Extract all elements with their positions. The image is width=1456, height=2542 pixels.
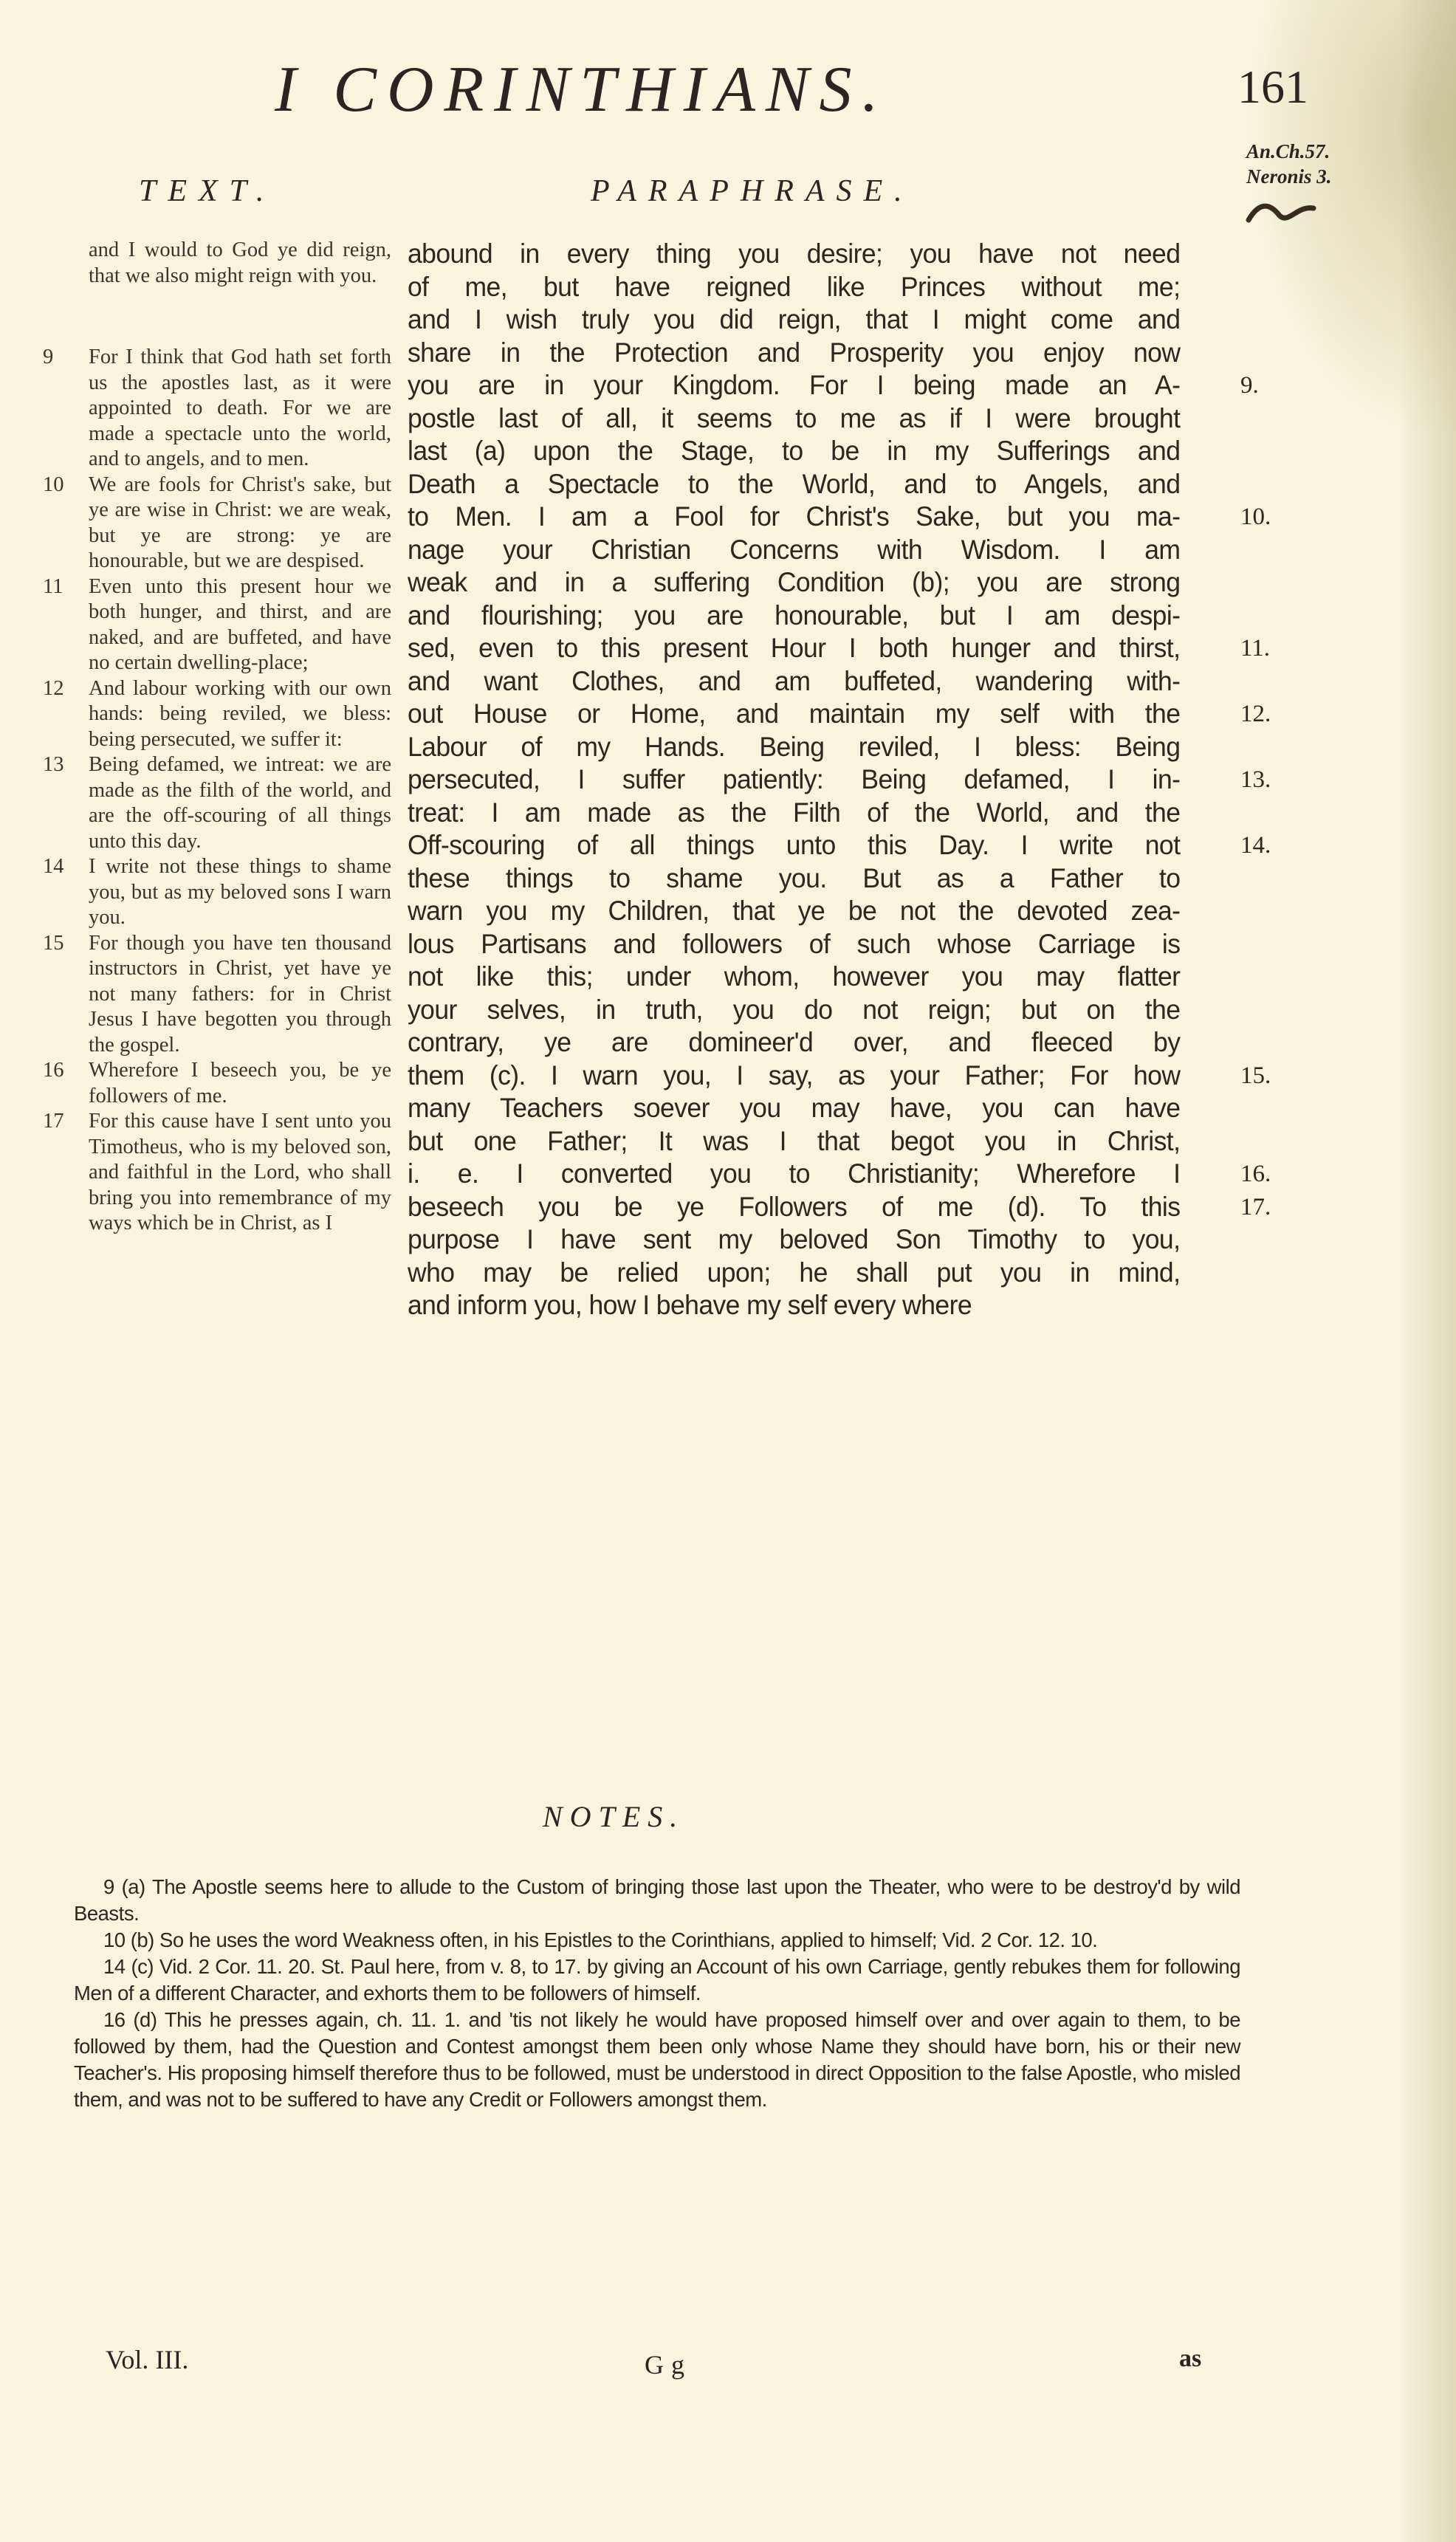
paraphrase-line: but one Father; It was I that begot you … <box>408 1125 1180 1158</box>
verse: 11Even unto this present hour we both hu… <box>66 574 391 676</box>
paraphrase-line: them (c). I warn you, I say, as your Fat… <box>408 1059 1180 1093</box>
margin-verse-number: 16. <box>1240 1158 1271 1191</box>
paraphrase-line: nage your Christian Concerns with Wisdom… <box>408 534 1180 567</box>
paraphrase-line: Off-scouring of all things unto this Day… <box>408 829 1180 862</box>
margin-verse-number: 10. <box>1240 501 1271 534</box>
footnote: 10 (b) So he uses the word Weakness ofte… <box>74 1927 1240 1954</box>
footnote: 14 (c) Vid. 2 Cor. 11. 20. St. Paul here… <box>74 1954 1240 2007</box>
catchword: as <box>1179 2345 1201 2373</box>
date-neronis: Neronis 3. <box>1246 164 1332 189</box>
margin-verse-number: 17. <box>1240 1191 1271 1224</box>
paraphrase-line: and I wish truly you did reign, that I m… <box>408 303 1180 337</box>
footnote-text: The Apostle seems here to allude to the … <box>74 1875 1240 1925</box>
paraphrase-line: lous Partisans and followers of such who… <box>408 928 1180 961</box>
verse: 12And labour working with our own hands:… <box>66 676 391 753</box>
margin-verse-number: 11. <box>1240 632 1270 665</box>
volume-label: Vol. III. <box>106 2344 188 2375</box>
verse-number: 14 <box>43 854 80 880</box>
running-title: I CORINTHIANS. <box>275 58 889 123</box>
verse-number: 15 <box>43 931 80 957</box>
paraphrase-line: and want Clothes, and am buffeted, wande… <box>408 665 1180 698</box>
paraphrase-line: postle last of all, it seems to me as if… <box>408 402 1180 436</box>
paraphrase-line: not like this; under whom, however you m… <box>408 961 1180 994</box>
verse-number: 12 <box>43 676 80 702</box>
footnote-ref: 16 (d) <box>103 2008 157 2031</box>
paraphrase-line: Labour of my Hands. Being reviled, I ble… <box>408 731 1180 764</box>
paraphrase-line: these things to shame you. But as a Fath… <box>408 862 1180 896</box>
notes-heading: NOTES. <box>543 1799 684 1834</box>
paraphrase-line: purpose I have sent my beloved Son Timot… <box>408 1223 1180 1257</box>
paraphrase-line: persecuted, I suffer patiently: Being de… <box>408 763 1180 797</box>
paraphrase-line: Death a Spectacle to the World, and to A… <box>408 468 1180 501</box>
paraphrase-line: many Teachers soever you may have, you c… <box>408 1092 1180 1125</box>
margin-verse-number: 13. <box>1240 763 1271 797</box>
footnote-text: So he uses the word Weakness often, in h… <box>159 1928 1097 1951</box>
date-margin-note: An.Ch.57. Neronis 3. <box>1246 139 1332 189</box>
paraphrase-line: weak and in a suffering Condition (b); y… <box>408 566 1180 600</box>
paraphrase-line: beseech you be ye Followers of me (d). T… <box>408 1191 1180 1224</box>
paraphrase-line: and flourishing; you are honourable, but… <box>408 600 1180 633</box>
footnote-ref: 10 (b) <box>103 1928 154 1951</box>
verse: 9For I think that God hath set forth us … <box>66 345 391 473</box>
verse-number: 17 <box>43 1109 80 1135</box>
notes-section: 9 (a) The Apostle seems here to allude t… <box>74 1874 1240 2113</box>
paraphrase-line: share in the Protection and Prosperity y… <box>408 337 1180 370</box>
verse: 17For this cause have I sent unto you Ti… <box>66 1109 391 1237</box>
paraphrase-line: warn you my Children, that ye be not the… <box>408 895 1180 928</box>
tilde-ornament-icon <box>1244 198 1318 227</box>
paraphrase-line: to Men. I am a Fool for Christ's Sake, b… <box>408 501 1180 534</box>
margin-verse-number: 9. <box>1240 369 1259 402</box>
margin-verse-number: 14. <box>1240 829 1271 862</box>
paraphrase-line: you are in your Kingdom. For I being mad… <box>408 369 1180 402</box>
footnote: 16 (d) This he presses again, ch. 11. 1.… <box>74 2007 1240 2113</box>
verse-number: 11 <box>43 574 80 600</box>
verse: 10We are fools for Christ's sake, but ye… <box>66 473 391 574</box>
paraphrase-line: abound in every thing you desire; you ha… <box>408 238 1180 271</box>
verse: 14I write not these things to shame you,… <box>66 854 391 931</box>
footnote-ref: 14 (c) <box>103 1955 154 1978</box>
verse-number: 10 <box>43 473 80 498</box>
paraphrase-line: sed, even to this present Hour I both hu… <box>408 632 1180 665</box>
paraphrase-line: and inform you, how I behave my self eve… <box>408 1289 1180 1322</box>
paraphrase-column: abound in every thing you desire; you ha… <box>408 238 1180 1322</box>
verse-number: 16 <box>43 1058 80 1084</box>
paraphrase-line: last (a) upon the Stage, to be in my Suf… <box>408 435 1180 468</box>
footnote: 9 (a) The Apostle seems here to allude t… <box>74 1874 1240 1927</box>
verse-number: 13 <box>43 752 80 778</box>
margin-verse-number: 12. <box>1240 698 1271 731</box>
paraphrase-line: of me, but have reigned like Princes wit… <box>408 271 1180 304</box>
text-column: and I would to God ye did reign, that we… <box>66 238 391 1237</box>
text-column-heading: TEXT. <box>139 176 275 207</box>
verse: 15For though you have ten thousand instr… <box>66 931 391 1059</box>
paraphrase-line: your selves, in truth, you do not reign;… <box>408 994 1180 1027</box>
paraphrase-column-heading: PARAPHRASE. <box>591 176 914 207</box>
paraphrase-line: contrary, ye are domineer'd over, and fl… <box>408 1026 1180 1059</box>
margin-verse-number: 15. <box>1240 1059 1271 1093</box>
paraphrase-line: treat: I am made as the Filth of the Wor… <box>408 797 1180 830</box>
footnote-text: Vid. 2 Cor. 11. 20. St. Paul here, from … <box>74 1955 1240 2005</box>
footnote-ref: 9 (a) <box>103 1875 145 1898</box>
date-anno-christi: An.Ch.57. <box>1246 139 1332 164</box>
signature-mark: Gg <box>645 2349 692 2380</box>
verse: 13Being defamed, we intreat: we are made… <box>66 752 391 854</box>
verse: 16Wherefore I beseech you, be ye followe… <box>66 1058 391 1109</box>
verse-continuation: and I would to God ye did reign, that we… <box>66 238 391 289</box>
paraphrase-line: out House or Home, and maintain my self … <box>408 698 1180 731</box>
footnote-text: This he presses again, ch. 11. 1. and 't… <box>74 2008 1240 2111</box>
page-number: 161 <box>1237 63 1308 111</box>
paraphrase-line: who may be relied upon; he shall put you… <box>408 1257 1180 1290</box>
paraphrase-line: i. e. I converted you to Christianity; W… <box>408 1158 1180 1191</box>
verse-number: 9 <box>43 345 80 371</box>
